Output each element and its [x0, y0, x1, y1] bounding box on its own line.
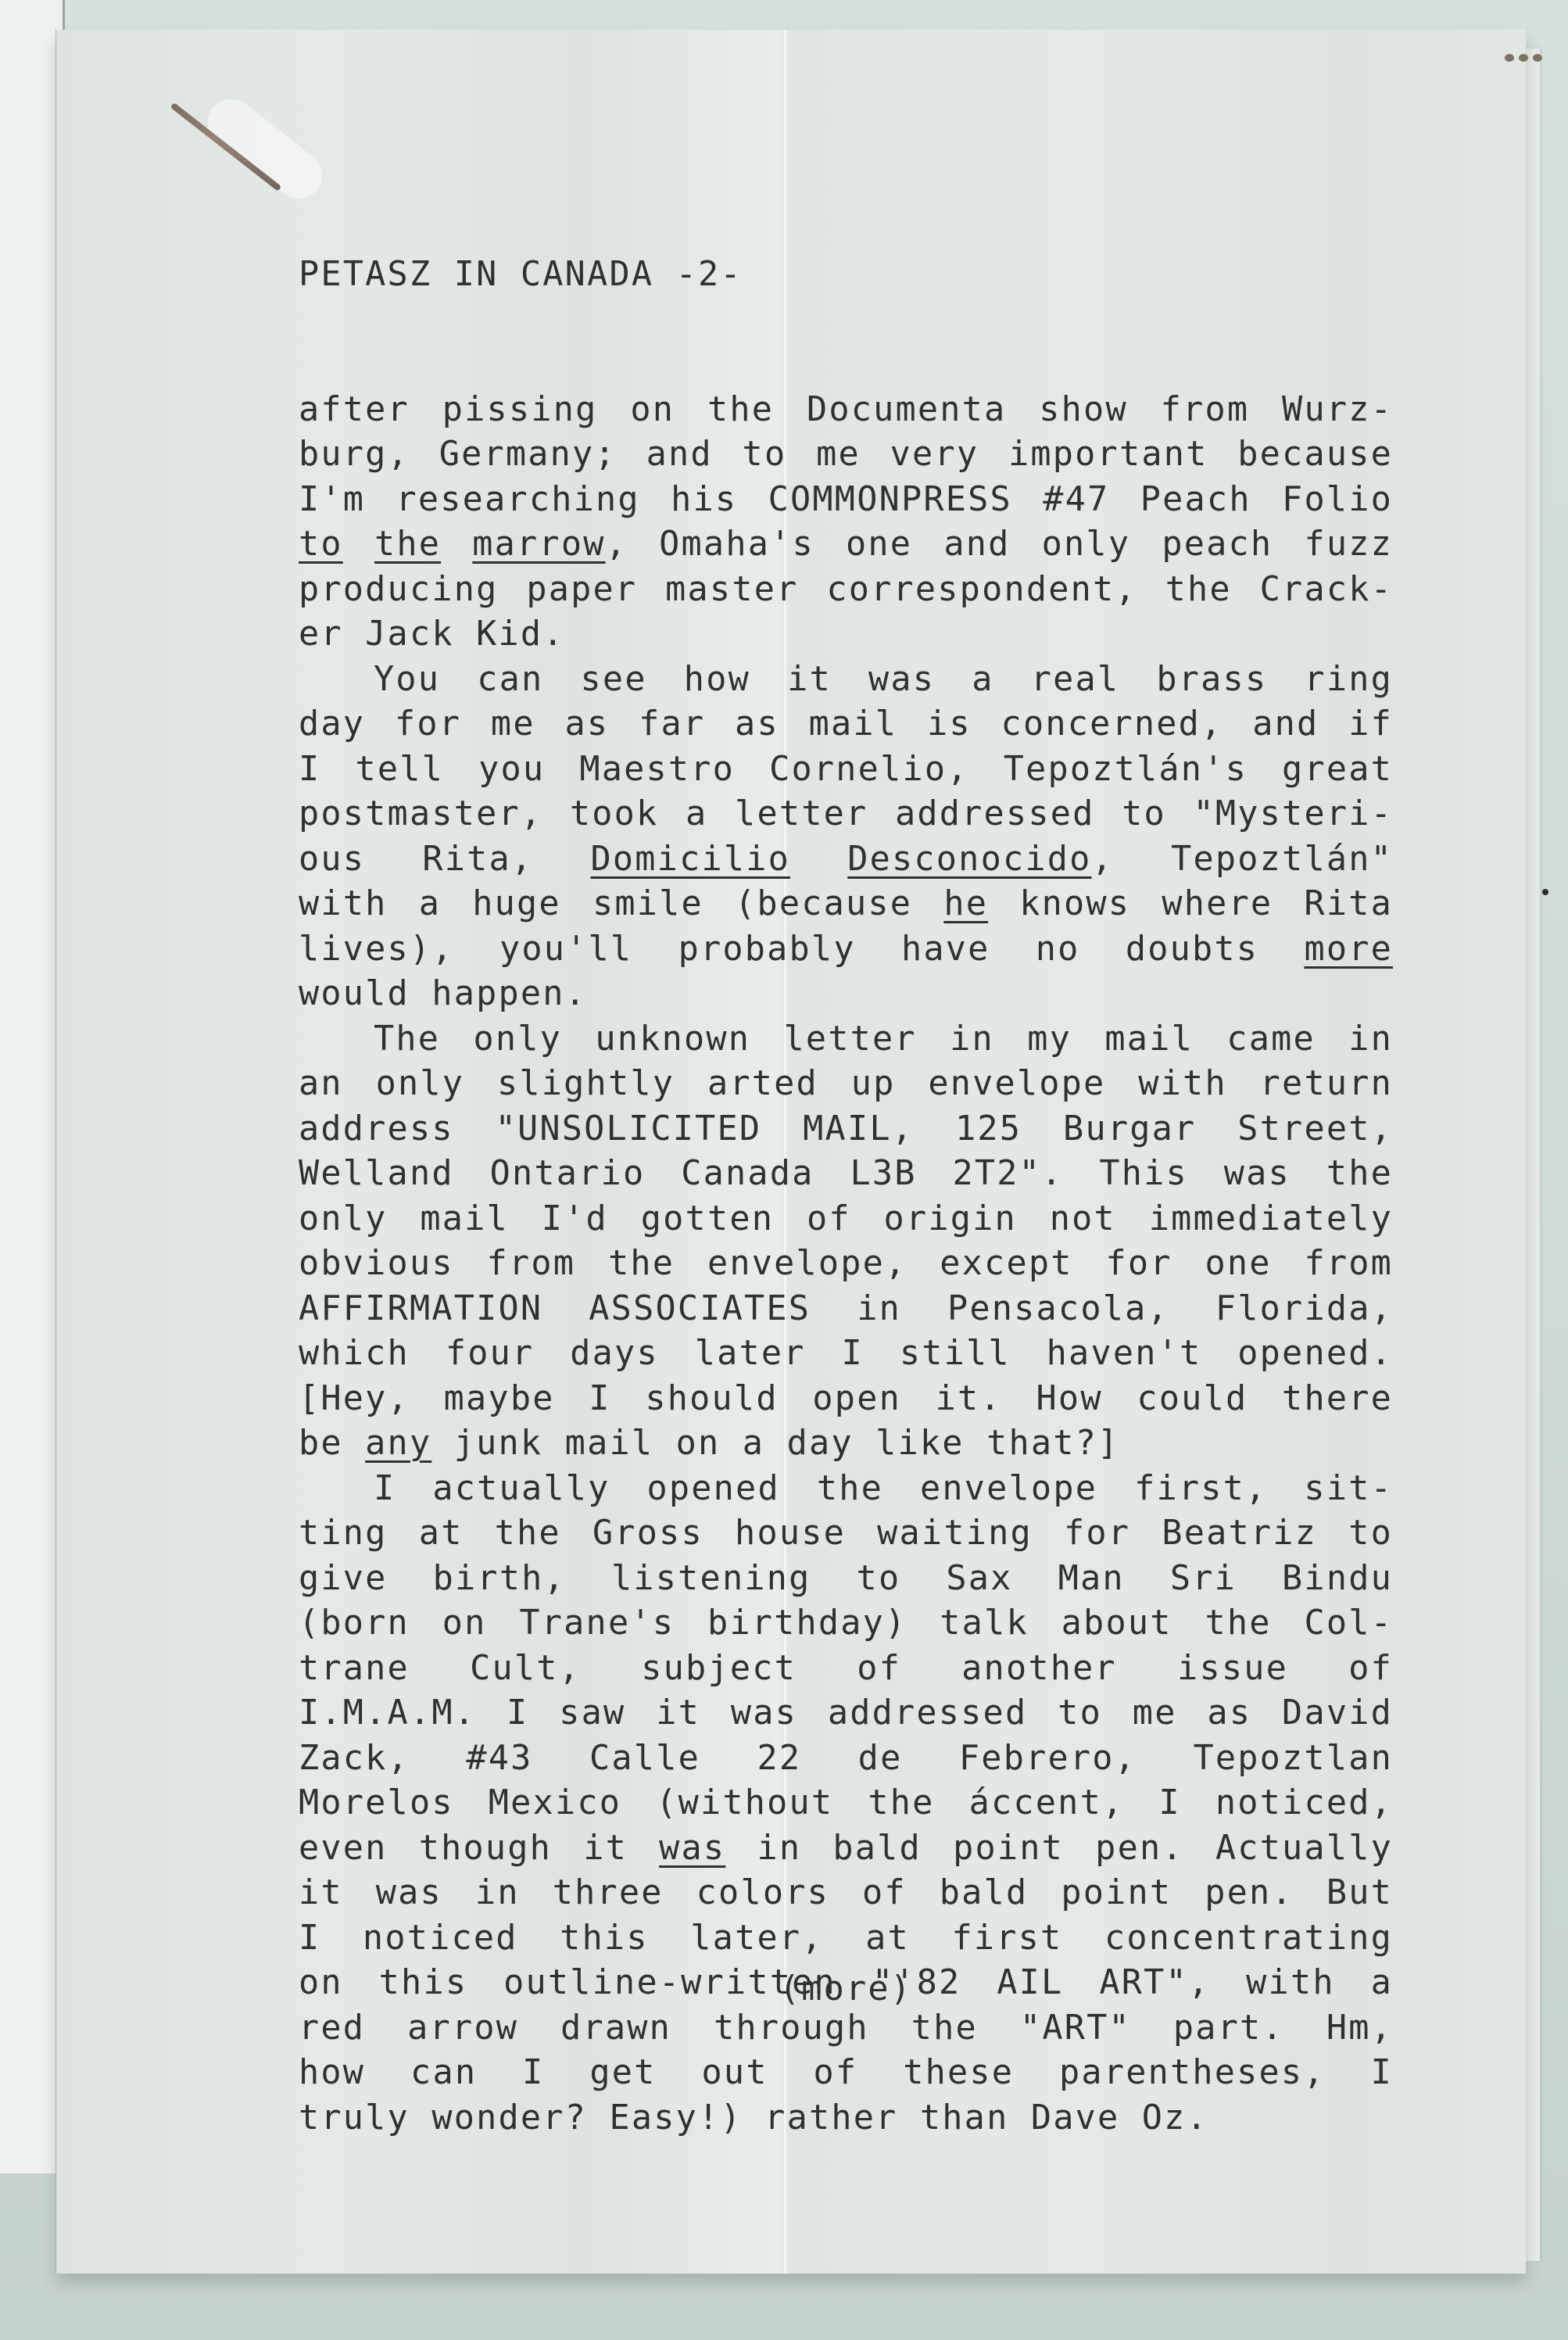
- text-segment: You can see how it was a real brass ring: [374, 660, 1393, 699]
- text-line: producing paper master correspondent, th…: [299, 568, 1393, 613]
- text-segment: ting at the Gross house waiting for Beat…: [299, 1514, 1393, 1553]
- text-segment: [790, 840, 847, 879]
- underlined-word: to: [299, 525, 343, 564]
- text-segment: lives), you'll probably have no doubts: [299, 930, 1304, 969]
- text-line: I tell you Maestro Cornelio, Tepoztlán's…: [299, 747, 1393, 793]
- text-line: red arrow drawn through the "ART" part. …: [299, 2006, 1393, 2052]
- text-line: how can I get out of these parentheses, …: [299, 2051, 1393, 2096]
- text-line: ting at the Gross house waiting for Beat…: [299, 1511, 1393, 1557]
- continued-marker: (more): [299, 1967, 1393, 2012]
- text-line: Zack, #43 Calle 22 de Febrero, Tepoztlan: [299, 1736, 1393, 1782]
- text-segment: after pissing on the Documenta show from…: [299, 390, 1393, 429]
- text-segment: trane Cult, subject of another issue of: [299, 1649, 1393, 1688]
- underlined-word: was: [659, 1829, 725, 1868]
- text-segment: ous Rita,: [299, 840, 591, 879]
- text-line: I'm researching his COMMONPRESS #47 Peac…: [299, 478, 1393, 523]
- text-segment: day for me as far as mail is concerned, …: [299, 704, 1393, 744]
- text-line: an only slightly arted up envelope with …: [299, 1062, 1393, 1107]
- text-segment: truly wonder? Easy!) rather than Dave Oz…: [299, 2098, 1208, 2138]
- text-line: with a huge smile (because he knows wher…: [299, 882, 1393, 927]
- underlying-page-edge: [0, 0, 65, 2173]
- text-line: The only unknown letter in my mail came …: [299, 1017, 1393, 1062]
- text-segment: [441, 525, 472, 564]
- underlined-word: Domicilio: [591, 840, 791, 879]
- text-line: it was in three colors of bald point pen…: [299, 1871, 1393, 1916]
- text-line: truly wonder? Easy!) rather than Dave Oz…: [299, 2096, 1393, 2141]
- text-line: obvious from the envelope, except for on…: [299, 1242, 1393, 1287]
- text-segment: postmaster, took a letter addressed to "…: [299, 794, 1393, 833]
- body-text: after pissing on the Documenta show from…: [299, 388, 1393, 2141]
- text-segment: with a huge smile (because: [299, 884, 943, 923]
- text-segment: even though it: [299, 1829, 659, 1868]
- text-line: day for me as far as mail is concerned, …: [299, 702, 1393, 747]
- text-line: address "UNSOLICITED MAIL, 125 Burgar St…: [299, 1107, 1393, 1152]
- text-segment: I tell you Maestro Cornelio, Tepoztlán's…: [299, 750, 1393, 789]
- text-segment: Zack, #43 Calle 22 de Febrero, Tepoztlan: [299, 1739, 1393, 1778]
- text-segment: how can I get out of these parentheses, …: [299, 2053, 1393, 2092]
- text-segment: I actually opened the envelope first, si…: [374, 1469, 1393, 1508]
- underlined-word: he: [943, 884, 988, 923]
- text-segment: which four days later I still haven't op…: [299, 1334, 1393, 1373]
- text-line: Welland Ontario Canada L3B 2T2". This wa…: [299, 1152, 1393, 1197]
- text-line: (born on Trane's birthday) talk about th…: [299, 1601, 1393, 1647]
- text-segment: it was in three colors of bald point pen…: [299, 1873, 1393, 1912]
- text-segment: I'm researching his COMMONPRESS #47 Peac…: [299, 480, 1393, 519]
- text-line: give birth, listening to Sax Man Sri Bin…: [299, 1557, 1393, 1602]
- text-line: lives), you'll probably have no doubts m…: [299, 927, 1393, 973]
- text-segment: give birth, listening to Sax Man Sri Bin…: [299, 1559, 1393, 1598]
- text-line: to the marrow, Omaha's one and only peac…: [299, 522, 1393, 568]
- text-segment: an only slightly arted up envelope with …: [299, 1064, 1393, 1103]
- text-segment: er Jack Kid.: [299, 615, 565, 654]
- text-segment: in bald point pen. Actually: [725, 1829, 1393, 1868]
- text-segment: would happen.: [299, 974, 587, 1013]
- text-line: only mail I'd gotten of origin not immed…: [299, 1197, 1393, 1242]
- text-segment: AFFIRMATION ASSOCIATES in Pensacola, Flo…: [299, 1289, 1393, 1328]
- text-line: AFFIRMATION ASSOCIATES in Pensacola, Flo…: [299, 1287, 1393, 1332]
- text-segment: , Omaha's one and only peach fuzz: [606, 525, 1393, 564]
- text-segment: I.M.A.M. I saw it was addressed to me as…: [299, 1693, 1393, 1733]
- text-line: burg, Germany; and to me very important …: [299, 432, 1393, 478]
- text-line: ous Rita, Domicilio Desconocido, Tepoztl…: [299, 837, 1393, 883]
- text-line: I noticed this later, at first concentra…: [299, 1916, 1393, 1962]
- text-line: even though it was in bald point pen. Ac…: [299, 1826, 1393, 1872]
- text-segment: obvious from the envelope, except for on…: [299, 1244, 1393, 1283]
- text-segment: Morelos Mexico (without the áccent, I no…: [299, 1783, 1393, 1822]
- text-line: er Jack Kid.: [299, 612, 1393, 658]
- text-segment: Welland Ontario Canada L3B 2T2". This wa…: [299, 1154, 1393, 1193]
- text-line: be any junk mail on a day like that?]: [299, 1421, 1393, 1467]
- underlined-word: the: [374, 525, 441, 564]
- text-line: [Hey, maybe I should open it. How could …: [299, 1377, 1393, 1422]
- underlined-word: any: [365, 1424, 431, 1463]
- text-line: would happen.: [299, 972, 1393, 1017]
- underlined-word: more: [1304, 930, 1393, 969]
- text-line: Morelos Mexico (without the áccent, I no…: [299, 1781, 1393, 1826]
- text-line: which four days later I still haven't op…: [299, 1331, 1393, 1377]
- text-segment: The only unknown letter in my mail came …: [374, 1019, 1393, 1059]
- text-segment: I noticed this later, at first concentra…: [299, 1919, 1393, 1958]
- text-segment: only mail I'd gotten of origin not immed…: [299, 1199, 1393, 1238]
- text-line: I actually opened the envelope first, si…: [299, 1467, 1393, 1512]
- text-line: I.M.A.M. I saw it was addressed to me as…: [299, 1691, 1393, 1736]
- text-segment: , Tepoztlán": [1092, 840, 1393, 879]
- document-body: PETASZ IN CANADA -2- after pissing on th…: [299, 163, 1393, 2231]
- text-segment: [343, 525, 374, 564]
- text-segment: address "UNSOLICITED MAIL, 125 Burgar St…: [299, 1109, 1393, 1148]
- text-segment: junk mail on a day like that?]: [431, 1424, 1119, 1463]
- text-segment: producing paper master correspondent, th…: [299, 570, 1393, 609]
- text-segment: red arrow drawn through the "ART" part. …: [299, 2009, 1393, 2048]
- text-segment: [Hey, maybe I should open it. How could …: [299, 1379, 1393, 1418]
- text-segment: knows where Rita: [988, 884, 1393, 923]
- text-line: postmaster, took a letter addressed to "…: [299, 792, 1393, 837]
- text-line: after pissing on the Documenta show from…: [299, 388, 1393, 433]
- underlined-word: Desconocido: [847, 840, 1091, 879]
- text-segment: burg, Germany; and to me very important …: [299, 435, 1393, 474]
- text-line: trane Cult, subject of another issue of: [299, 1647, 1393, 1692]
- ink-dot: [1542, 889, 1548, 895]
- text-line: You can see how it was a real brass ring: [299, 658, 1393, 703]
- corner-staple-marks: [1505, 50, 1552, 66]
- page-header: PETASZ IN CANADA -2-: [299, 253, 1393, 298]
- text-segment: (born on Trane's birthday) talk about th…: [299, 1604, 1393, 1643]
- underlined-word: marrow: [472, 525, 605, 564]
- text-segment: be: [299, 1424, 365, 1463]
